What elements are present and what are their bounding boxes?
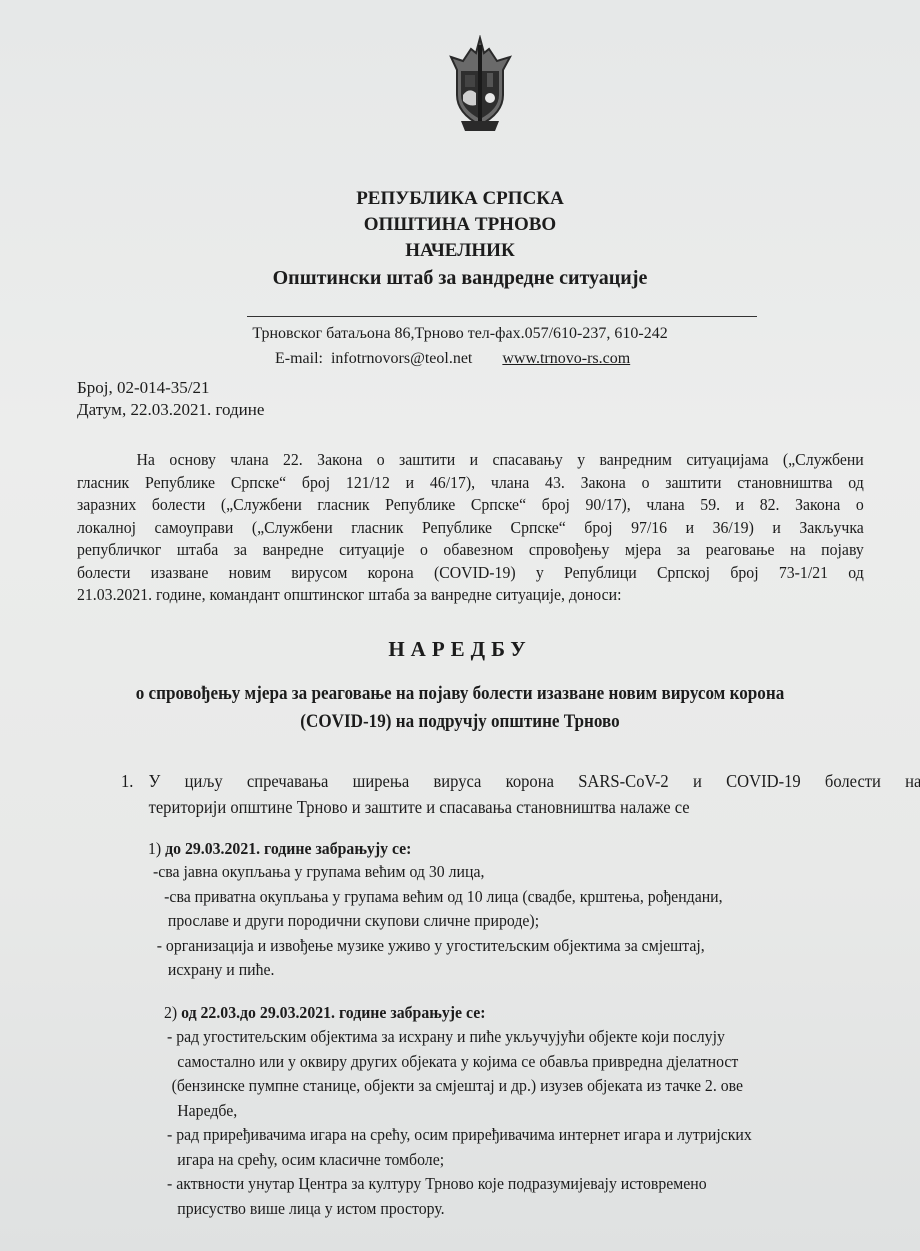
section-line: - рад приређивачима игара на срећу, осим… (167, 1123, 752, 1148)
section-1-list: -сва јавна окупљања у групама већим од 3… (153, 860, 723, 983)
section-prefix: 2) (164, 1003, 177, 1022)
order-title: НАРЕДБУ (0, 637, 920, 662)
preamble-line: локалној самоуправи („Службени гласник Р… (77, 517, 864, 540)
preamble-line: На основу члана 22. Закона о заштити и с… (77, 449, 864, 472)
section-line: игара на срећу, осим класичне томболе; (167, 1148, 752, 1173)
item-number: 1. (121, 768, 133, 794)
document-number: Број, 02-014-35/21 (77, 378, 210, 398)
section-heading-text: од 22.03.до 29.03.2021. године забрањује… (181, 1003, 485, 1022)
section-line: (бензинске пумпне станице, објекти за см… (167, 1074, 752, 1099)
preamble-line: 21.03.2021. године, командант општинског… (77, 584, 864, 607)
header-municipality: ОПШТИНА ТРНОВО (0, 214, 920, 236)
item-line: У циљу спречавања ширења вируса корона S… (149, 768, 920, 794)
header-address: Трновског батаљона 86,Трново тел-фах.057… (0, 325, 920, 343)
section-line: самостално или у оквиру других објеката … (167, 1050, 752, 1075)
section-line: -сва приватна окупљања у групама већим о… (153, 885, 723, 910)
section-2-heading: 2) од 22.03.до 29.03.2021. године забрањ… (164, 1001, 485, 1026)
email-label: E-mail: (275, 350, 323, 367)
preamble-line: републичког штаба за ванредне ситуације … (77, 539, 864, 562)
preamble: На основу члана 22. Закона о заштити и с… (77, 449, 864, 607)
item-line: територији општине Трново и заштите и сп… (149, 794, 857, 820)
order-subtitle-line1: о спровођењу мјера за реаговање на појав… (46, 683, 874, 705)
preamble-line: заразних болести („Службени гласник Репу… (77, 494, 864, 517)
header-staff: Општински штаб за вандредне ситуације (0, 267, 920, 290)
coat-of-arms-icon (443, 35, 518, 135)
section-line: Наредбе, (167, 1099, 752, 1124)
preamble-line: гласник Републике Српске“ број 121/12 и … (77, 472, 864, 495)
email-address[interactable]: infotrnovors@teol.net (331, 350, 472, 367)
website-link[interactable]: www.trnovo-rs.com (502, 350, 630, 367)
document-date: Датум, 22.03.2021. године (77, 400, 264, 420)
header-divider (247, 316, 757, 317)
section-2-list: - рад угоститељским објектима за исхрану… (167, 1025, 752, 1221)
section-line: - актвности унутар Центра за културу Трн… (167, 1172, 752, 1197)
section-line: прославе и други породични скупови сличн… (153, 909, 723, 934)
header-contact: E-mail: infotrnovors@teol.net www.trnovo… (275, 350, 630, 368)
section-line: исхрану и пиће. (153, 958, 723, 983)
section-line: - организација и извођење музике уживо у… (153, 934, 723, 959)
document-page: РЕПУБЛИКА СРПСКА ОПШТИНА ТРНОВО НАЧЕЛНИК… (0, 0, 920, 1251)
order-item-1: 1. У циљу спречавања ширења вируса корон… (121, 768, 857, 820)
section-1-heading: 1) до 29.03.2021. године забрањују се: (148, 837, 411, 862)
section-line: - рад угоститељским објектима за исхрану… (167, 1025, 752, 1050)
header-mayor: НАЧЕЛНИК (0, 240, 920, 262)
preamble-line: болести изазване новим вирусом корона (C… (77, 562, 864, 585)
section-line: -сва јавна окупљања у групама већим од 3… (153, 860, 723, 885)
section-prefix: 1) (148, 839, 161, 858)
order-subtitle-line2: (COVID-19) на подручју општине Трново (46, 711, 874, 733)
section-heading-text: до 29.03.2021. године забрањују се: (165, 839, 411, 858)
section-line: присуство више лица у истом простору. (167, 1197, 752, 1222)
header-republic: РЕПУБЛИКА СРПСКА (0, 188, 920, 210)
